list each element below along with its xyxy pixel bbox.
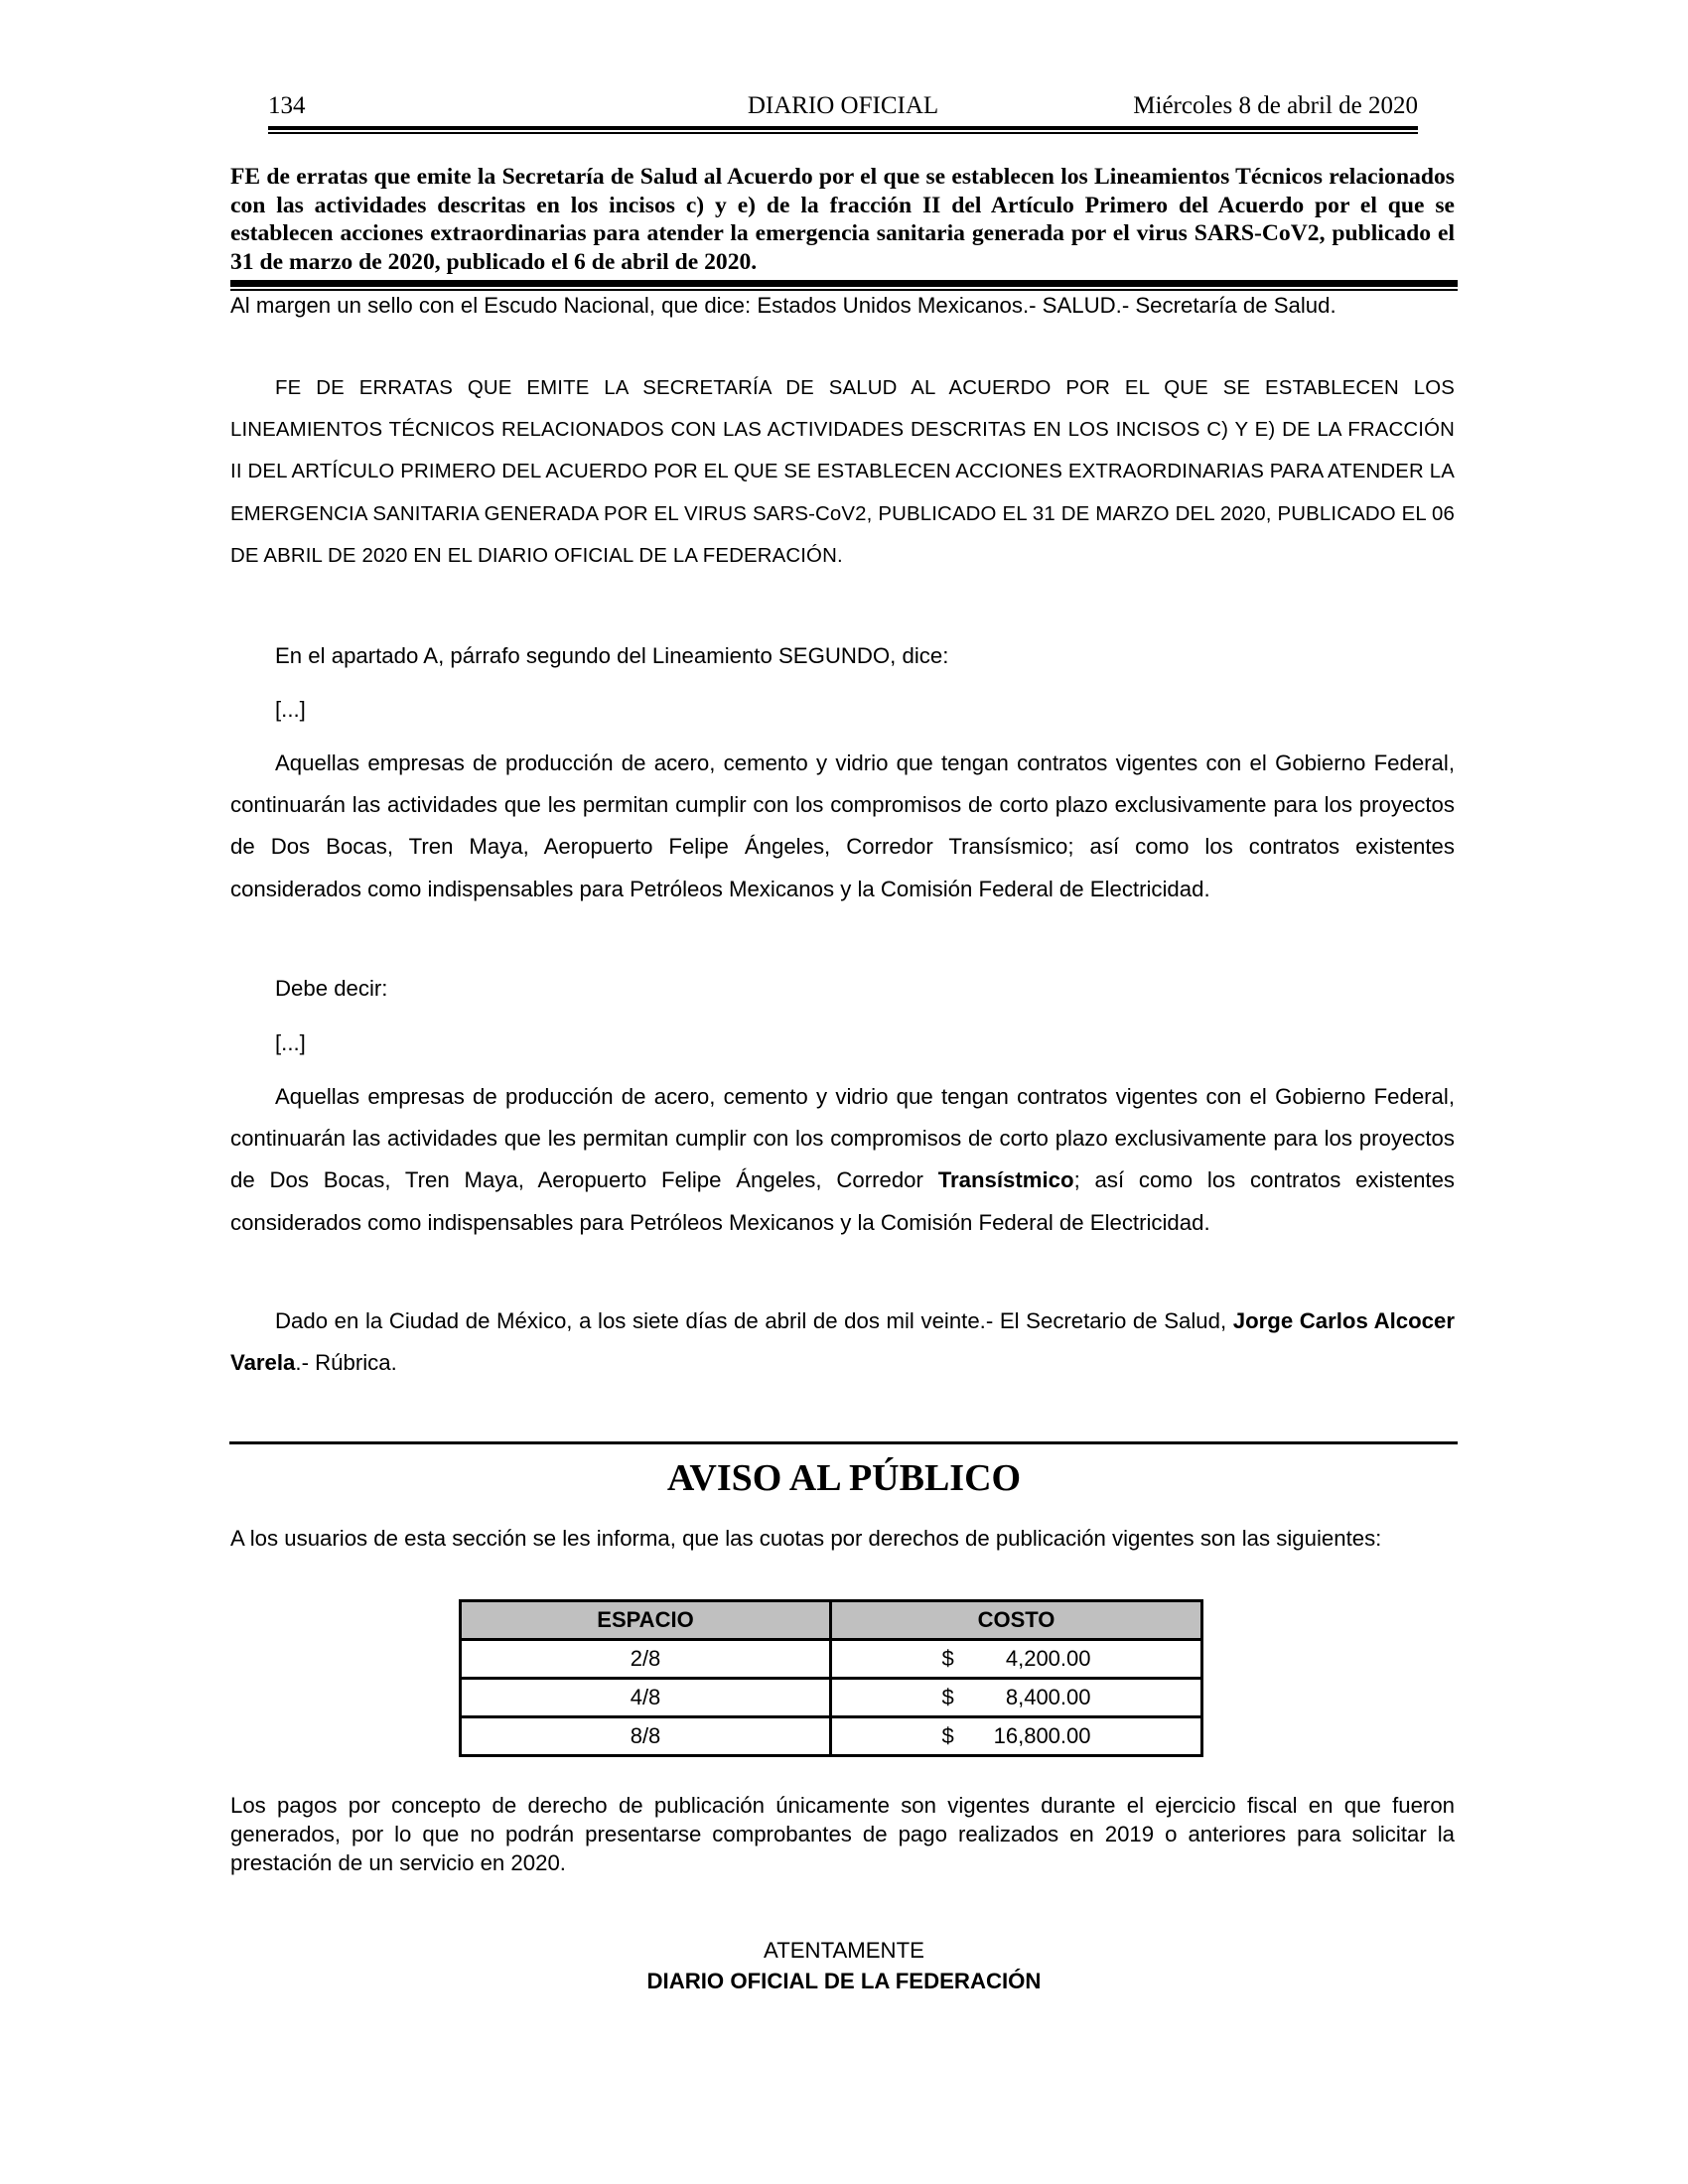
notice-title: AVISO AL PÚBLICO (0, 1455, 1688, 1501)
document-page: 134 DIARIO OFICIAL Miércoles 8 de abril … (0, 0, 1688, 2184)
issue-date: Miércoles 8 de abril de 2020 (1133, 91, 1418, 125)
says-text-block: Aquellas empresas de producción de acero… (230, 743, 1455, 910)
caps-heading-block: FE DE ERRATAS QUE EMITE LA SECRETARÍA DE… (230, 367, 1455, 577)
says-text: Aquellas empresas de producción de acero… (230, 743, 1455, 910)
table-row: 2/8$4,200.00 (461, 1640, 1202, 1679)
signature-text: Dado en la Ciudad de México, a los siete… (230, 1300, 1455, 1384)
should-say-intro-block: Debe decir: (230, 968, 1455, 1010)
publication-name: DIARIO OFICIAL (748, 91, 938, 121)
cost-value: $4,200.00 (942, 1641, 1091, 1677)
column-header-cost: COSTO (831, 1601, 1202, 1640)
should-say-text: Aquellas empresas de producción de acero… (230, 1076, 1455, 1244)
currency-symbol: $ (942, 1718, 964, 1754)
table-header-row: ESPACIO COSTO (461, 1601, 1202, 1640)
payment-note: Los pagos por concepto de derecho de pub… (230, 1791, 1455, 1877)
currency-symbol: $ (942, 1680, 964, 1715)
cost-cell: $16,800.00 (831, 1717, 1202, 1756)
amount: 4,200.00 (964, 1641, 1091, 1677)
space-cell: 2/8 (461, 1640, 831, 1679)
says-intro-block: En el apartado A, párrafo segundo del Li… (230, 635, 1455, 677)
currency-symbol: $ (942, 1641, 964, 1677)
says-intro: En el apartado A, párrafo segundo del Li… (230, 635, 1455, 677)
table-row: 8/8$16,800.00 (461, 1717, 1202, 1756)
ellipsis: [...] (230, 689, 1455, 731)
caps-heading: FE DE ERRATAS QUE EMITE LA SECRETARÍA DE… (230, 367, 1455, 577)
closing-organization: DIARIO OFICIAL DE LA FEDERACIÓN (0, 1967, 1688, 1996)
table-row: 4/8$8,400.00 (461, 1679, 1202, 1717)
running-header-title: DIARIO OFICIAL (0, 91, 1688, 125)
amount: 16,800.00 (964, 1718, 1091, 1754)
cost-value: $8,400.00 (942, 1680, 1091, 1715)
signature-lead: Dado en la Ciudad de México, a los siete… (275, 1308, 1233, 1333)
closing-salutation: ATENTAMENTE (0, 1936, 1688, 1966)
space-cell: 8/8 (461, 1717, 831, 1756)
cost-cell: $8,400.00 (831, 1679, 1202, 1717)
signature-block: Dado en la Ciudad de México, a los siete… (230, 1300, 1455, 1384)
notice-intro: A los usuarios de esta sección se les in… (230, 1524, 1455, 1553)
document-title: FE de erratas que emite la Secretaría de… (230, 163, 1455, 276)
corrected-word: Transístmico (938, 1167, 1074, 1192)
ellipsis: [...] (230, 1023, 1455, 1064)
fees-table: ESPACIO COSTO 2/8$4,200.004/8$8,400.008/… (459, 1599, 1203, 1757)
seal-note: Al margen un sello con el Escudo Naciona… (230, 291, 1455, 320)
ellipsis-2-block: [...] (230, 1023, 1455, 1064)
should-say-text-block: Aquellas empresas de producción de acero… (230, 1076, 1455, 1244)
cost-value: $16,800.00 (942, 1718, 1091, 1754)
seal-note-block: Al margen un sello con el Escudo Naciona… (230, 291, 1455, 320)
section-separator (229, 1441, 1458, 1444)
amount: 8,400.00 (964, 1680, 1091, 1715)
cost-cell: $4,200.00 (831, 1640, 1202, 1679)
should-say-intro: Debe decir: (230, 968, 1455, 1010)
space-cell: 4/8 (461, 1679, 831, 1717)
header-double-rule (268, 126, 1418, 134)
payment-note-block: Los pagos por concepto de derecho de pub… (230, 1791, 1455, 1877)
ellipsis-1-block: [...] (230, 689, 1455, 731)
notice-intro-block: A los usuarios de esta sección se les in… (230, 1524, 1455, 1553)
signature-suffix: .- Rúbrica. (295, 1350, 396, 1375)
column-header-space: ESPACIO (461, 1601, 831, 1640)
